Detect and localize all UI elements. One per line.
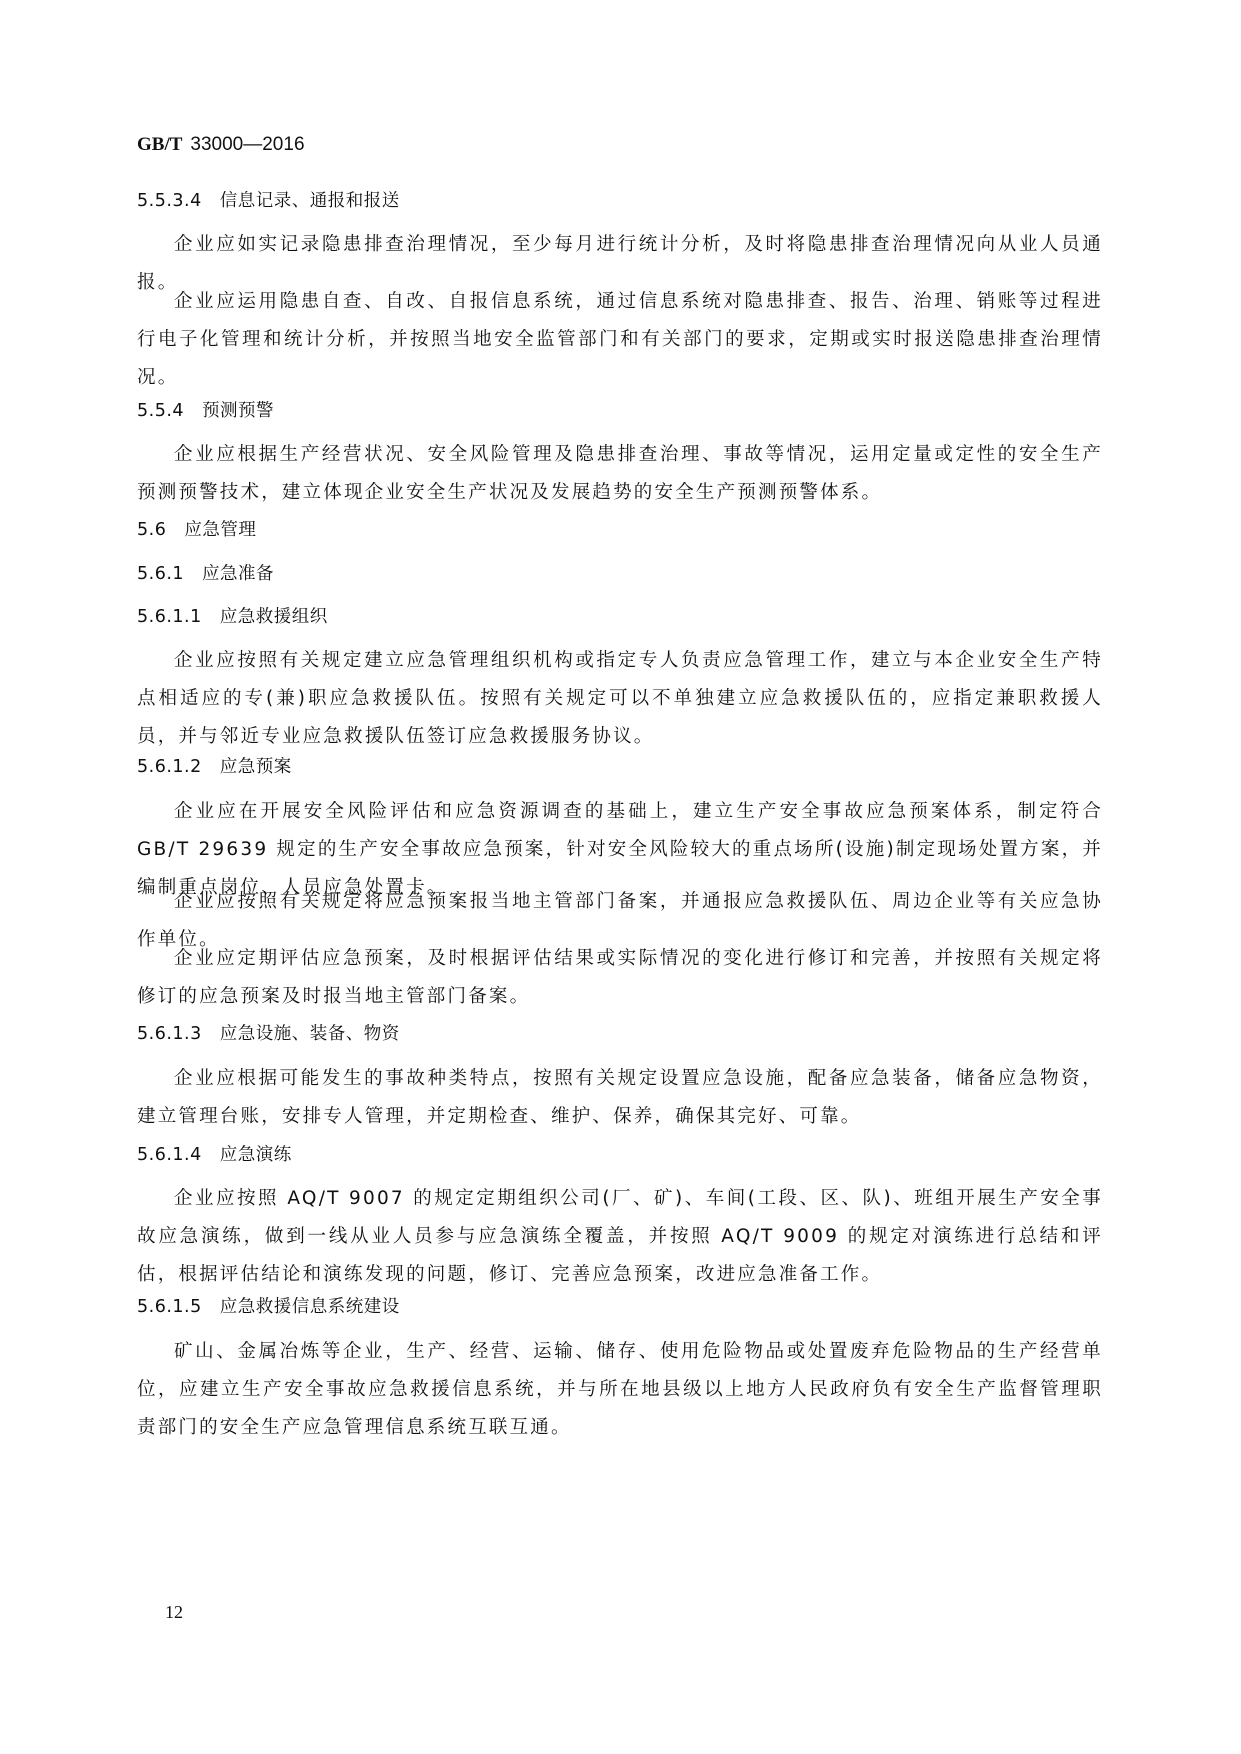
section-title: 应急救援信息系统建设	[220, 1297, 400, 1317]
paragraph: 矿山、金属冶炼等企业，生产、经营、运输、储存、使用危险物品或处置废弃危险物品的生…	[137, 1333, 1103, 1447]
section-title: 应急演练	[220, 1145, 292, 1165]
section-heading-s56: 5.6应急管理	[137, 516, 256, 541]
paragraph: 企业应运用隐患自查、自改、自报信息系统，通过信息系统对隐患排查、报告、治理、销账…	[137, 283, 1103, 397]
section-heading-s561: 5.6.1应急准备	[137, 560, 274, 585]
section-heading-s5611: 5.6.1.1应急救援组织	[137, 603, 328, 628]
paragraph: 企业应定期评估应急预案，及时根据评估结果或实际情况的变化进行修订和完善，并按照有…	[137, 940, 1103, 1016]
paragraph: 企业应按照有关规定建立应急管理组织机构或指定专人负责应急管理工作，建立与本企业安…	[137, 642, 1103, 756]
page-header: GB/T33000—2016	[137, 133, 305, 156]
section-heading-s554: 5.5.4预测预警	[137, 397, 274, 422]
section-number: 5.6.1.3	[137, 1024, 202, 1044]
section-number: 5.6.1	[137, 564, 184, 584]
section-number: 5.6.1.1	[137, 607, 202, 627]
paragraph: 企业应根据生产经营状况、安全风险管理及隐患排查治理、事故等情况，运用定量或定性的…	[137, 436, 1103, 512]
paragraph: 企业应按照 AQ/T 9007 的规定定期组织公司(厂、矿)、车间(工段、区、队…	[137, 1180, 1103, 1294]
section-number: 5.5.3.4	[137, 191, 202, 211]
paragraph: 企业应根据可能发生的事故种类特点，按照有关规定设置应急设施，配备应急装备，储备应…	[137, 1060, 1103, 1136]
section-heading-s5612: 5.6.1.2应急预案	[137, 753, 292, 778]
section-title: 预测预警	[202, 401, 274, 421]
page-number: 12	[165, 1602, 183, 1623]
section-title: 应急预案	[220, 757, 292, 777]
standard-code: GB/T	[137, 134, 182, 155]
section-number: 5.6.1.5	[137, 1297, 202, 1317]
section-heading-s5614: 5.6.1.4应急演练	[137, 1141, 292, 1166]
section-number: 5.6.1.4	[137, 1145, 202, 1165]
section-title: 应急救援组织	[220, 607, 328, 627]
section-number: 5.6.1.2	[137, 757, 202, 777]
section-number: 5.5.4	[137, 401, 184, 421]
section-title: 应急管理	[184, 520, 256, 540]
section-heading-s5613: 5.6.1.3应急设施、装备、物资	[137, 1020, 400, 1045]
section-title: 应急准备	[202, 564, 274, 584]
section-heading-s5534: 5.5.3.4信息记录、通报和报送	[137, 187, 400, 212]
section-heading-s5615: 5.6.1.5应急救援信息系统建设	[137, 1293, 400, 1318]
section-title: 信息记录、通报和报送	[220, 191, 400, 211]
standard-number: 33000—2016	[190, 134, 304, 155]
section-title: 应急设施、装备、物资	[220, 1024, 400, 1044]
section-number: 5.6	[137, 520, 166, 540]
